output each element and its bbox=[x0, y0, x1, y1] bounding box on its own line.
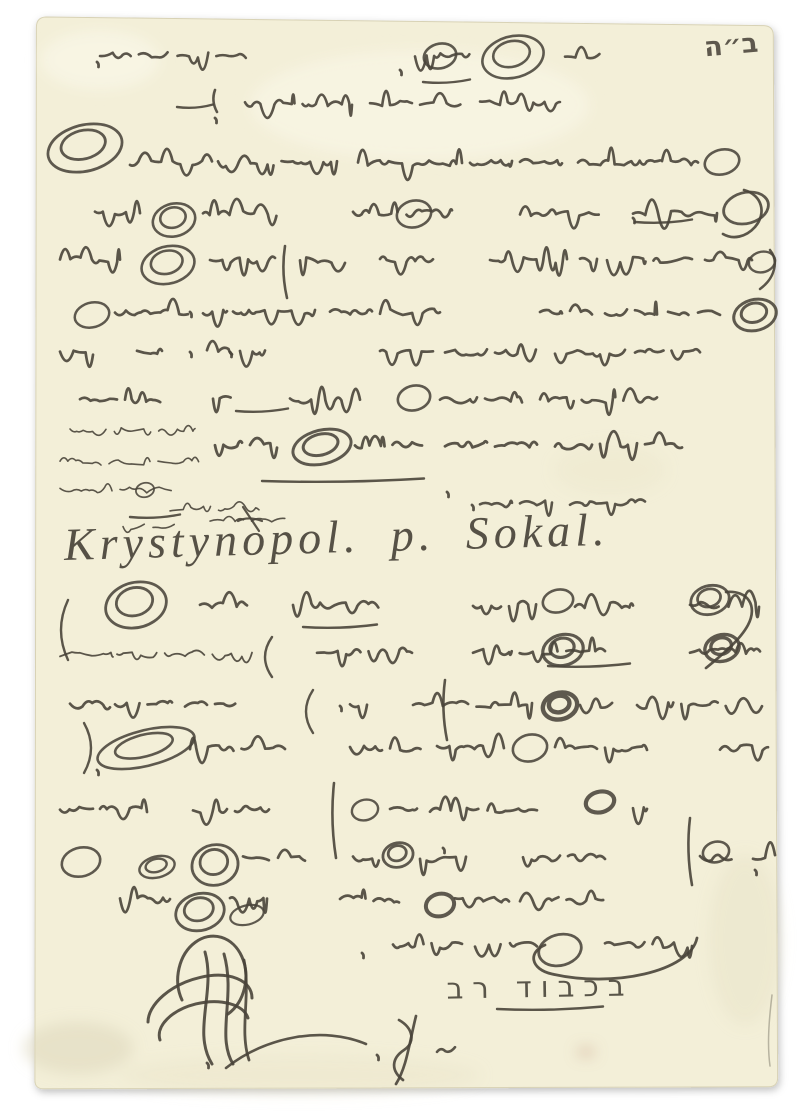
ink-stroke bbox=[340, 706, 342, 711]
ink-stroke bbox=[215, 118, 217, 123]
ink-stroke bbox=[97, 770, 99, 775]
paper-stain bbox=[555, 445, 665, 495]
ink-stroke bbox=[472, 505, 474, 510]
paper-stain bbox=[577, 1047, 595, 1057]
paper-stain bbox=[23, 1022, 133, 1074]
ink-stroke bbox=[443, 848, 445, 853]
ink-stroke bbox=[447, 492, 449, 497]
ink-stroke bbox=[362, 953, 364, 958]
ink-stroke bbox=[97, 62, 99, 67]
ink-stroke bbox=[230, 352, 232, 357]
ink-stroke bbox=[400, 70, 402, 75]
ink-stroke bbox=[377, 1055, 379, 1060]
ink-stroke bbox=[190, 312, 192, 317]
postcard bbox=[0, 0, 800, 1111]
paper-stain bbox=[120, 1055, 480, 1095]
ink-stroke bbox=[755, 870, 757, 875]
ink-stroke bbox=[190, 352, 192, 357]
ink-stroke bbox=[633, 218, 635, 223]
paper-stain bbox=[40, 30, 160, 90]
paper-stain bbox=[709, 855, 781, 1025]
scanned-postcard-photo: ב״ה Krystynopol. p. Sokal. בכבוד רב bbox=[0, 0, 800, 1111]
ink-stroke bbox=[207, 1063, 209, 1068]
